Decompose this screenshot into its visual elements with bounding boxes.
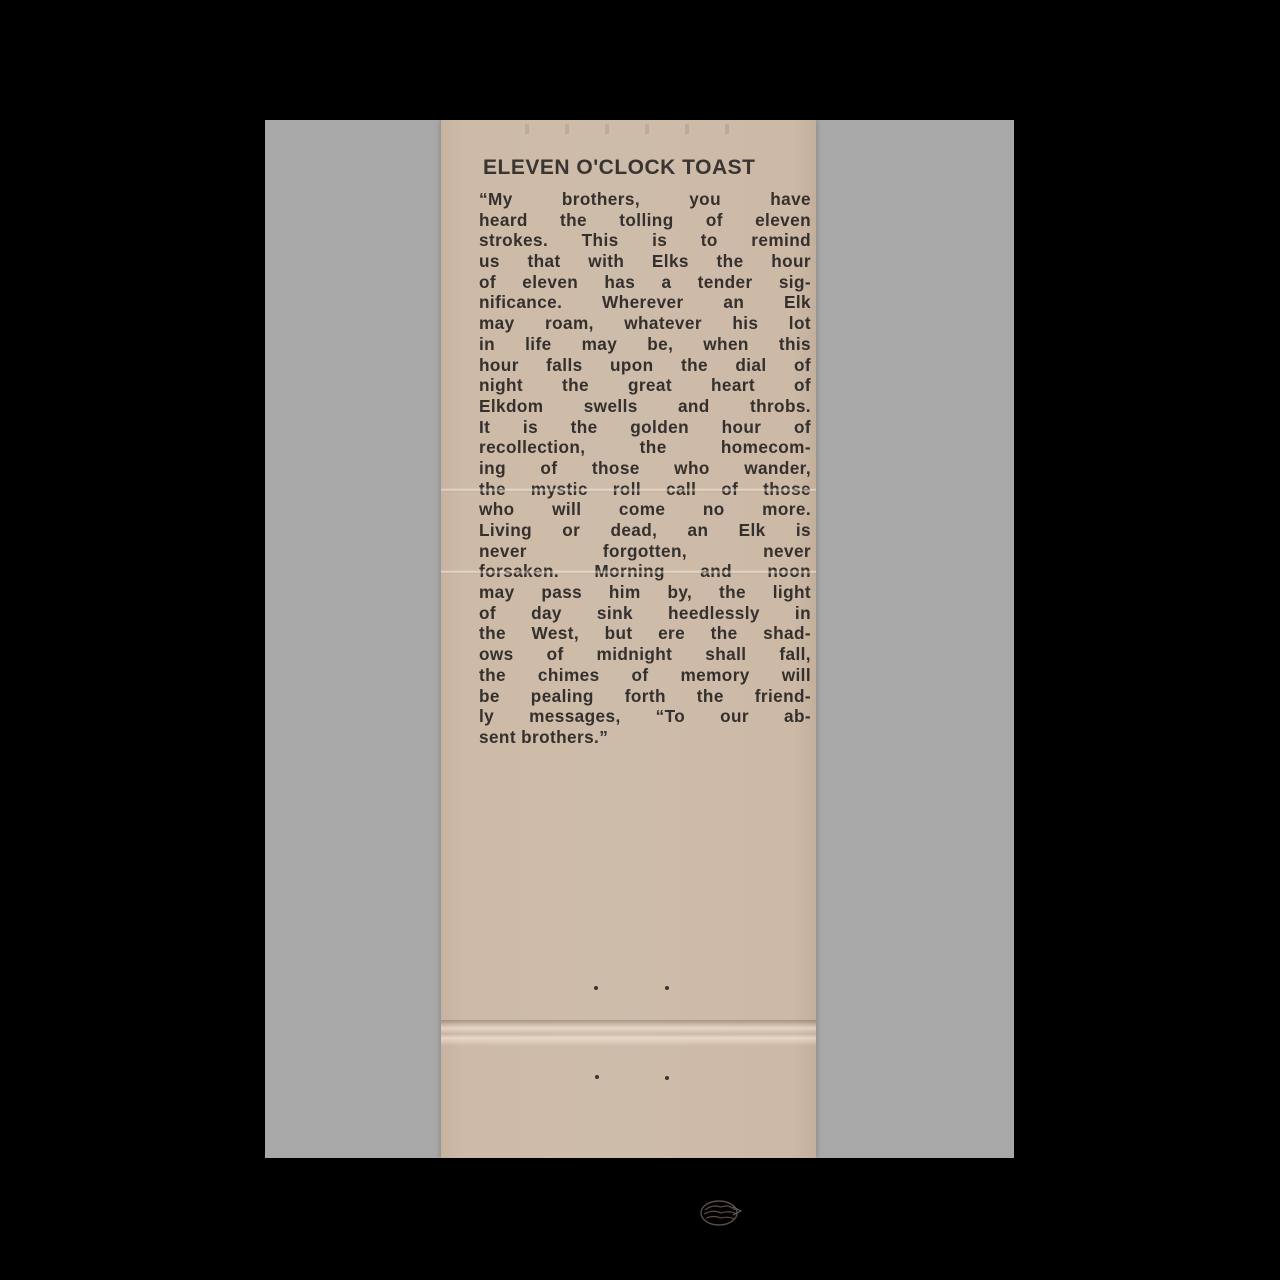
text-line: ing of those who wander,: [479, 458, 811, 479]
staple-hole: [595, 1075, 599, 1079]
text-line: who will come no more.: [479, 499, 811, 520]
text-line: hour falls upon the dial of: [479, 355, 811, 376]
text-line: It is the golden hour of: [479, 417, 811, 438]
text-line: the West, but ere the shad-: [479, 623, 811, 644]
cover-fold: [441, 1020, 816, 1046]
text-line: be pealing forth the friend-: [479, 686, 811, 707]
top-print-smudge: [511, 124, 761, 134]
text-line: sent brothers.”: [479, 727, 811, 748]
fold-crease: [441, 488, 816, 492]
text-line: may roam, whatever his lot: [479, 313, 811, 334]
toast-text: “My brothers, you have heard the tolling…: [479, 189, 811, 748]
staple-hole: [665, 1076, 669, 1080]
staple-hole: [665, 986, 669, 990]
text-line: “My brothers, you have: [479, 189, 811, 210]
text-line: nificance. Wherever an Elk: [479, 292, 811, 313]
text-line: strokes. This is to remind: [479, 230, 811, 251]
text-line: recollection, the homecom-: [479, 437, 811, 458]
text-line: in life may be, when this: [479, 334, 811, 355]
text-line: may pass him by, the light: [479, 582, 811, 603]
text-line: never forgotten, never: [479, 541, 811, 562]
text-line: us that with Elks the hour: [479, 251, 811, 272]
text-line: ly messages, “To our ab-: [479, 706, 811, 727]
text-line: night the great heart of: [479, 375, 811, 396]
text-line: Living or dead, an Elk is: [479, 520, 811, 541]
fold-crease: [441, 570, 816, 574]
toast-title: ELEVEN O'CLOCK TOAST: [483, 156, 808, 180]
text-line: heard the tolling of eleven: [479, 210, 811, 231]
staple-hole: [594, 986, 598, 990]
text-line: of day sink heedlessly in: [479, 603, 811, 624]
text-line: ows of midnight shall fall,: [479, 644, 811, 665]
text-line: the chimes of memory will: [479, 665, 811, 686]
matchbook-cover: ELEVEN O'CLOCK TOAST “My brothers, you h…: [441, 120, 816, 1158]
union-label-stamp-icon: [697, 1198, 743, 1228]
text-line: of eleven has a tender sig-: [479, 272, 811, 293]
text-line: Elkdom swells and throbs.: [479, 396, 811, 417]
